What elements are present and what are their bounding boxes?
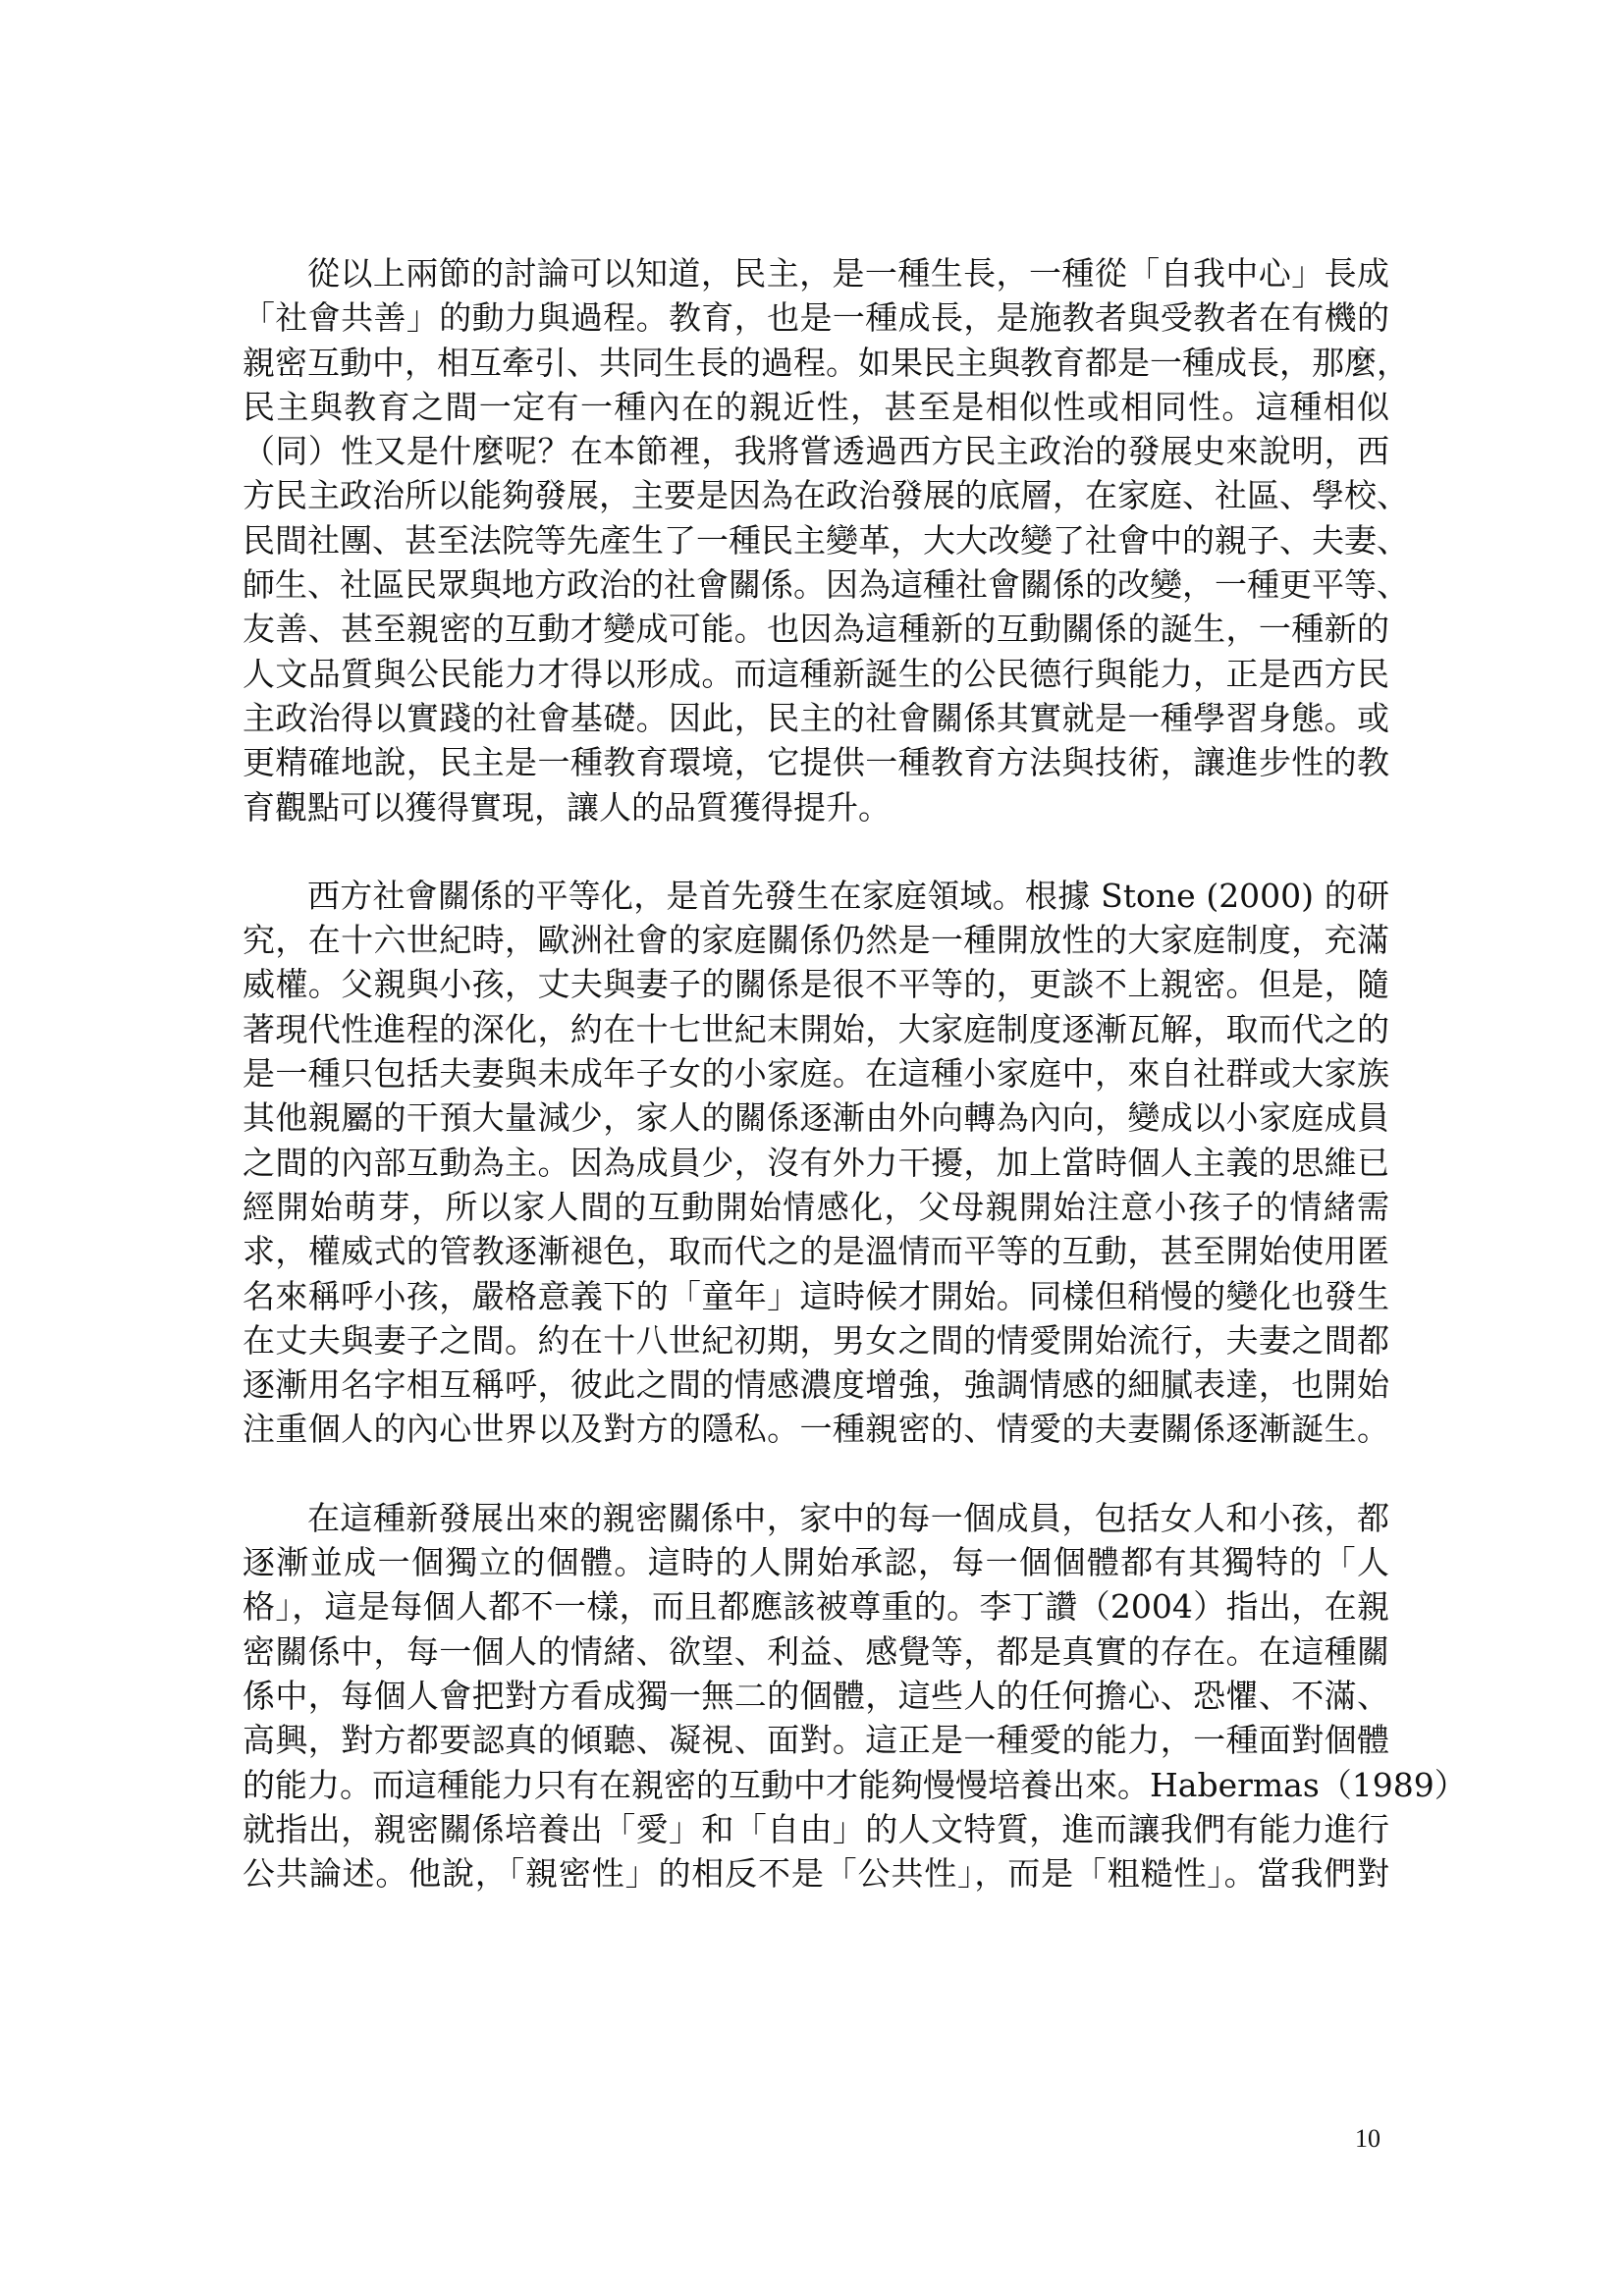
paragraph-1: 從以上兩節的討論可以知道，民主，是一種生長，一種從「自我中心」長成 「社會共善」…	[243, 251, 1389, 829]
text-line: 在丈夫與妻子之間。約在十八世紀初期，男女之間的情愛開始流行，夫妻之間都	[243, 1318, 1389, 1362]
text-line: 高興，對方都要認真的傾聽、凝視、面對。這正是一種愛的能力，一種面對個體	[243, 1718, 1389, 1762]
text-line: 逐漸並成一個獨立的個體。這時的人開始承認，每一個個體都有其獨特的「人	[243, 1540, 1389, 1584]
text-line: 更精確地說，民主是一種教育環境，它提供一種教育方法與技術，讓進步性的教	[243, 740, 1389, 784]
text-line: 密關係中，每一個人的情緒、欲望、利益、感覺等，都是真實的存在。在這種關	[243, 1629, 1389, 1674]
text-line: 格」，這是每個人都不一樣，而且都應該被尊重的。李丁讚（2004）指出，在親	[243, 1584, 1389, 1629]
text-line: 「社會共善」的動力與過程。教育，也是一種成長，是施教者與受教者在有機的	[243, 295, 1389, 340]
text-line: 就指出，親密關係培養出「愛」和「自由」的人文特質，進而讓我們有能力進行	[243, 1807, 1389, 1851]
text-line: 威權。父親與小孩，丈夫與妻子的關係是很不平等的，更談不上親密。但是，隨	[243, 962, 1389, 1006]
text-line: 其他親屬的干預大量減少，家人的關係逐漸由外向轉為內向，變成以小家庭成員	[243, 1095, 1389, 1140]
text-line: 育觀點可以獲得實現，讓人的品質獲得提升。	[243, 785, 1389, 829]
text-line: 民主與教育之間一定有一種內在的親近性，甚至是相似性或相同性。這種相似	[243, 385, 1389, 429]
text-line: 名來稱呼小孩，嚴格意義下的「童年」這時候才開始。同樣但稍慢的變化也發生	[243, 1274, 1389, 1318]
text-line: 是一種只包括夫妻與未成年子女的小家庭。在這種小家庭中，來自社群或大家族	[243, 1051, 1389, 1095]
paragraph-3: 在這種新發展出來的親密關係中，家中的每一個成員，包括女人和小孩，都 逐漸並成一個…	[243, 1496, 1389, 1896]
paragraph-2: 西方社會關係的平等化，是首先發生在家庭領域。根據 Stone (2000) 的研…	[243, 874, 1389, 1452]
text-line: 民間社團、甚至法院等先產生了一種民主變革，大大改變了社會中的親子、夫妻、	[243, 518, 1389, 562]
text-line: 的能力。而這種能力只有在親密的互動中才能夠慢慢培養出來。Habermas（198…	[243, 1763, 1389, 1807]
text-line: 公共論述。他說，「親密性」的相反不是「公共性」，而是「粗糙性」。當我們對	[243, 1851, 1389, 1896]
text-line: 逐漸用名字相互稱呼，彼此之間的情感濃度增強，強調情感的細膩表達，也開始	[243, 1362, 1389, 1407]
text-line: 究，在十六世紀時，歐洲社會的家庭關係仍然是一種開放性的大家庭制度，充滿	[243, 918, 1389, 962]
document-page: 從以上兩節的討論可以知道，民主，是一種生長，一種從「自我中心」長成 「社會共善」…	[0, 0, 1624, 2296]
text-line: 在這種新發展出來的親密關係中，家中的每一個成員，包括女人和小孩，都	[243, 1496, 1389, 1540]
text-line: 從以上兩節的討論可以知道，民主，是一種生長，一種從「自我中心」長成	[243, 251, 1389, 295]
text-line: （同）性又是什麼呢？在本節裡，我將嘗透過西方民主政治的發展史來說明，西	[243, 429, 1389, 473]
paragraph-spacer	[243, 1452, 1389, 1496]
page-number: 10	[1355, 2124, 1380, 2154]
text-line: 求，權威式的管教逐漸褪色，取而代之的是溫情而平等的互動，甚至開始使用匿	[243, 1229, 1389, 1273]
text-line: 主政治得以實踐的社會基礎。因此，民主的社會關係其實就是一種學習身態。或	[243, 696, 1389, 740]
text-line: 師生、社區民眾與地方政治的社會關係。因為這種社會關係的改變，一種更平等、	[243, 562, 1389, 607]
body-text: 從以上兩節的討論可以知道，民主，是一種生長，一種從「自我中心」長成 「社會共善」…	[243, 251, 1389, 1896]
text-line: 之間的內部互動為主。因為成員少，沒有外力干擾，加上當時個人主義的思維已	[243, 1141, 1389, 1185]
text-line: 著現代性進程的深化，約在十七世紀末開始，大家庭制度逐漸瓦解，取而代之的	[243, 1007, 1389, 1051]
text-line: 親密互動中，相互牽引、共同生長的過程。如果民主與教育都是一種成長，那麼，	[243, 341, 1389, 385]
text-line: 人文品質與公民能力才得以形成。而這種新誕生的公民德行與能力，正是西方民	[243, 652, 1389, 696]
text-line: 係中，每個人會把對方看成獨一無二的個體，這些人的任何擔心、恐懼、不滿、	[243, 1674, 1389, 1718]
paragraph-spacer	[243, 829, 1389, 874]
text-line: 西方社會關係的平等化，是首先發生在家庭領域。根據 Stone (2000) 的研	[243, 874, 1389, 918]
text-line: 方民主政治所以能夠發展，主要是因為在政治發展的底層，在家庭、社區、學校、	[243, 473, 1389, 517]
text-line: 經開始萌芽，所以家人間的互動開始情感化，父母親開始注意小孩子的情緒需	[243, 1185, 1389, 1229]
text-line: 注重個人的內心世界以及對方的隱私。一種親密的、情愛的夫妻關係逐漸誕生。	[243, 1407, 1389, 1451]
text-line: 友善、甚至親密的互動才變成可能。也因為這種新的互動關係的誕生，一種新的	[243, 607, 1389, 651]
